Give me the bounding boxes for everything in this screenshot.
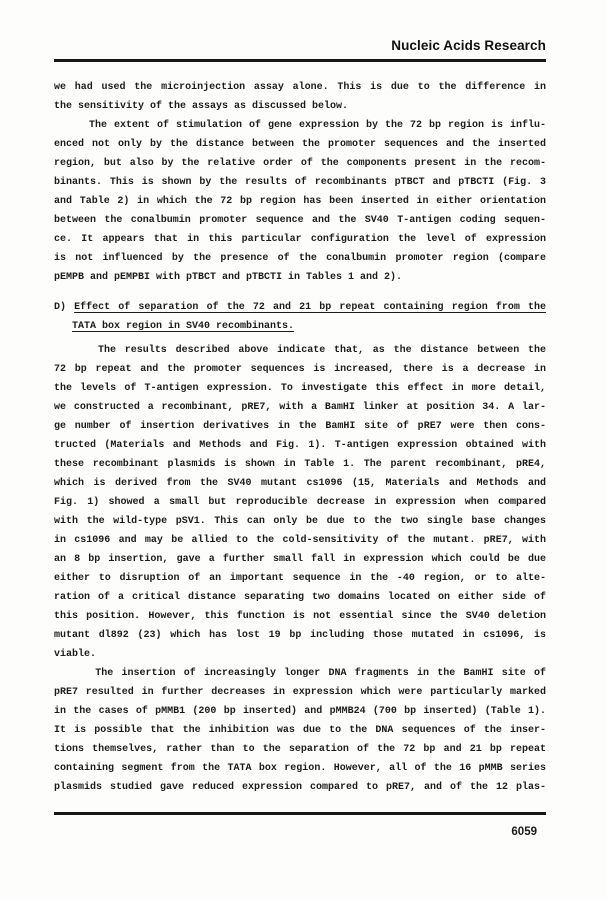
line-text: The insertion of increasingly longer DNA… (54, 668, 546, 679)
line-text: these recombinant plasmids is shown in T… (54, 459, 546, 470)
page-body: we had used the microinjection assay alo… (54, 78, 546, 797)
line-text: The results described above indicate tha… (54, 345, 546, 356)
line-text: enced not only by the distance between t… (54, 139, 546, 150)
line-text: in the cases of pMMB1 (200 bp inserted) … (54, 706, 546, 717)
text-line: enced not only by the distance between t… (54, 135, 546, 154)
text-line: between the conalbumin promoter sequence… (54, 211, 546, 230)
text-line: the levels of T-antigen expression. To i… (54, 379, 546, 398)
text-line: The results described above indicate tha… (54, 341, 546, 360)
text-line: the sensitivity of the assays as discuss… (54, 97, 546, 116)
line-text: this position. However, this function is… (54, 611, 546, 622)
text-line: viable. (54, 645, 546, 664)
journal-title: Nucleic Acids Research (54, 38, 546, 53)
line-text: ration of a critical distance separating… (54, 592, 546, 603)
line-text: The extent of stimulation of gene expres… (54, 120, 546, 131)
text-line: region, but also by the relative order o… (54, 154, 546, 173)
paragraph: we had used the microinjection assay alo… (54, 78, 546, 116)
text-line: tions themselves, rather than to the sep… (54, 740, 546, 759)
text-line: D) Effect of separation of the 72 and 21… (54, 298, 546, 317)
text-line: TATA box region in SV40 recombinants. (54, 317, 546, 336)
text-line: in the cases of pMMB1 (200 bp inserted) … (54, 702, 546, 721)
text-line: The extent of stimulation of gene expres… (54, 116, 546, 135)
text-line: we had used the microinjection assay alo… (54, 78, 546, 97)
paragraph: The extent of stimulation of gene expres… (54, 116, 546, 287)
line-text: viable. (54, 649, 96, 660)
paragraph: The insertion of increasingly longer DNA… (54, 664, 546, 797)
text-line: this position. However, this function is… (54, 607, 546, 626)
text-line: tructed (Materials and Methods and Fig. … (54, 436, 546, 455)
text-line: which is derived from the SV40 mutant cs… (54, 474, 546, 493)
line-text: Fig. 1) showed a small but reproducible … (54, 497, 546, 508)
line-text: ge number of insertion derivatives in th… (54, 421, 546, 432)
line-text: and Table 2) in which the 72 bp region h… (54, 196, 546, 207)
line-text: between the conalbumin promoter sequence… (54, 215, 546, 226)
text-line: an 8 bp insertion, gave a further small … (54, 550, 546, 569)
line-text: tions themselves, rather than to the sep… (54, 744, 546, 755)
page-number: 6059 (54, 826, 537, 838)
text-line: ration of a critical distance separating… (54, 588, 546, 607)
text-line: binants. This is shown by the results of… (54, 173, 546, 192)
text-line: plasmids studied gave reduced expression… (54, 778, 546, 797)
text-line: either to disruption of an important seq… (54, 569, 546, 588)
line-text: which is derived from the SV40 mutant cs… (54, 478, 546, 489)
line-text: we constructed a recombinant, pRE7, with… (54, 402, 546, 413)
line-text: we had used the microinjection assay alo… (54, 82, 546, 93)
line-text: with the wild-type pSV1. This can only b… (54, 516, 546, 527)
paragraph: The results described above indicate tha… (54, 341, 546, 664)
text-line: Fig. 1) showed a small but reproducible … (54, 493, 546, 512)
header-rule (54, 59, 546, 62)
line-text: the sensitivity of the assays as discuss… (54, 101, 348, 112)
line-text: It is possible that the inhibition was d… (54, 725, 546, 736)
line-text: tructed (Materials and Methods and Fig. … (54, 440, 546, 451)
line-text: ce. It appears that in this particular c… (54, 234, 546, 245)
text-line: these recombinant plasmids is shown in T… (54, 455, 546, 474)
line-text: containing segment from the TATA box reg… (54, 763, 546, 774)
text-line: It is possible that the inhibition was d… (54, 721, 546, 740)
heading-text: Effect of separation of the 72 and 21 bp… (74, 302, 546, 313)
text-line: 72 bp repeat and the promoter sequences … (54, 360, 546, 379)
line-text: pEMPB and pEMPBI with pTBCT and pTBCTI i… (54, 272, 402, 283)
text-line: and Table 2) in which the 72 bp region h… (54, 192, 546, 211)
line-text: pRE7 resulted in further decreases in ex… (54, 687, 546, 698)
text-line: we constructed a recombinant, pRE7, with… (54, 398, 546, 417)
text-line: with the wild-type pSV1. This can only b… (54, 512, 546, 531)
heading-prefix: D) (54, 302, 74, 313)
text-line: pEMPB and pEMPBI with pTBCT and pTBCTI i… (54, 268, 546, 287)
heading-prefix (54, 321, 72, 332)
text-line: mutant dl892 (23) which has lost 19 bp i… (54, 626, 546, 645)
line-text: either to disruption of an important seq… (54, 573, 546, 584)
footer-rule (54, 812, 546, 815)
text-line: The insertion of increasingly longer DNA… (54, 664, 546, 683)
journal-page: Nucleic Acids Research we had used the m… (0, 0, 607, 900)
text-line: ge number of insertion derivatives in th… (54, 417, 546, 436)
line-text: the levels of T-antigen expression. To i… (54, 383, 546, 394)
heading-text: TATA box region in SV40 recombinants. (72, 321, 294, 332)
line-text: region, but also by the relative order o… (54, 158, 546, 169)
line-text: in cs1096 and may be allied to the cold-… (54, 535, 546, 546)
text-line: containing segment from the TATA box reg… (54, 759, 546, 778)
text-line: is not influenced by the presence of the… (54, 249, 546, 268)
line-text: plasmids studied gave reduced expression… (54, 782, 546, 793)
section-heading: D) Effect of separation of the 72 and 21… (54, 298, 546, 336)
text-line: ce. It appears that in this particular c… (54, 230, 546, 249)
text-line: pRE7 resulted in further decreases in ex… (54, 683, 546, 702)
line-text: binants. This is shown by the results of… (54, 177, 546, 188)
text-line: in cs1096 and may be allied to the cold-… (54, 531, 546, 550)
line-text: mutant dl892 (23) which has lost 19 bp i… (54, 630, 546, 641)
line-text: an 8 bp insertion, gave a further small … (54, 554, 546, 565)
line-text: 72 bp repeat and the promoter sequences … (54, 364, 546, 375)
line-text: is not influenced by the presence of the… (54, 253, 546, 264)
